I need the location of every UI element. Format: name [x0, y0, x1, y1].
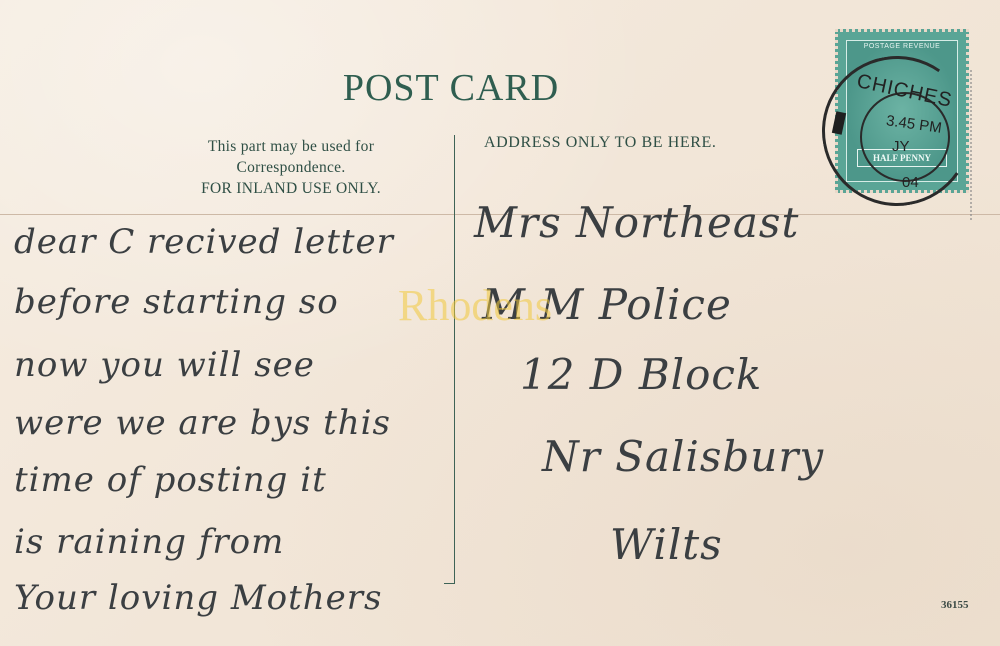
address-line: Nr Salisbury: [542, 432, 824, 481]
postmark-month: JY: [892, 138, 910, 155]
correspondence-notice-line: FOR INLAND USE ONLY.: [150, 178, 432, 199]
watermark: Rhodens: [398, 280, 552, 331]
message-line: before starting so: [14, 282, 339, 322]
message-line: is raining from: [14, 522, 284, 562]
postcard-title: POST CARD: [0, 66, 902, 110]
cancellation-dots-icon: [970, 70, 992, 220]
address-line: Mrs Northeast: [474, 198, 799, 247]
serial-number: 36155: [941, 599, 969, 611]
message-line: time of posting it: [14, 460, 327, 500]
postcard-back: POST CARD This part may be used for Corr…: [0, 0, 1000, 646]
address-line: 12 D Block: [520, 350, 762, 399]
postmark-year: 04: [902, 174, 919, 191]
message-line: dear C recived letter: [14, 222, 394, 262]
address-notice: ADDRESS ONLY TO BE HERE.: [484, 134, 717, 152]
stamp-top-text: POSTAGE REVENUE: [847, 43, 957, 50]
center-divider: [454, 135, 455, 584]
center-divider-foot: [444, 583, 455, 584]
message-line: were we are bys this: [14, 403, 391, 443]
address-line: Wilts: [610, 520, 723, 569]
correspondence-notice: This part may be used for Correspondence…: [150, 136, 432, 199]
message-line: Your loving Mothers: [14, 578, 382, 618]
correspondence-notice-line: This part may be used for: [150, 136, 432, 157]
message-line: now you will see: [14, 345, 315, 385]
correspondence-notice-line: Correspondence.: [150, 157, 432, 178]
